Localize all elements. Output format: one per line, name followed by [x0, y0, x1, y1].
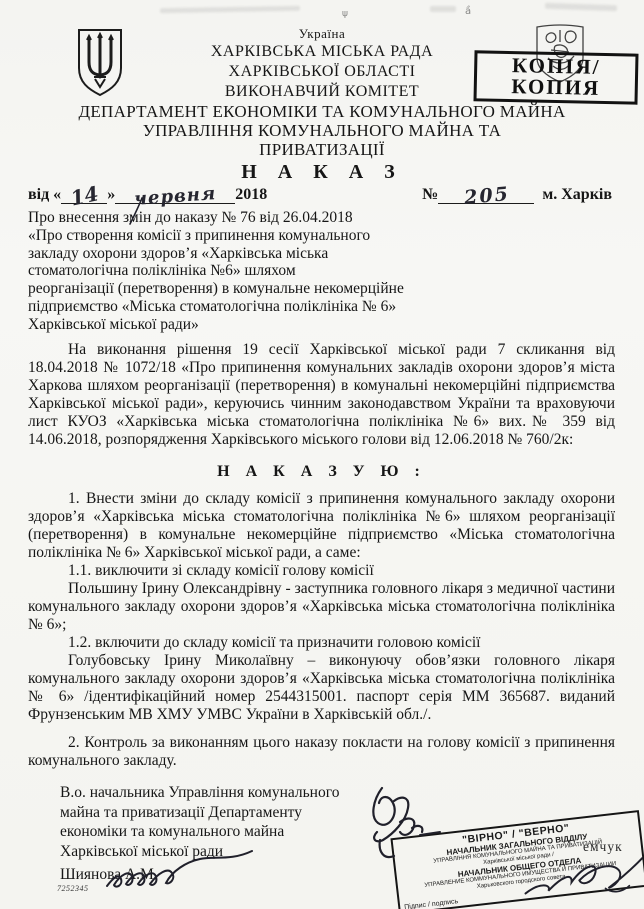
document-title: Н А К А З — [0, 161, 644, 184]
handwritten-number: 205 — [463, 187, 510, 205]
handwritten-day: 14 — [70, 186, 100, 205]
pen-stroke — [126, 196, 146, 231]
date-prefix: від « — [28, 186, 61, 204]
handwritten-month: червня — [134, 187, 217, 207]
item-2-paragraph: 2. Контроль за виконанням цього наказу п… — [28, 734, 615, 770]
copy-stamp: КОПІЯ/ КОПИЯ — [473, 50, 638, 104]
date-close-quote: » — [107, 186, 115, 204]
number-blank: 205 — [438, 187, 534, 204]
header-org-line: ПРИВАТИЗАЦІЇ — [0, 140, 644, 160]
scan-noise: ψ — [342, 9, 348, 19]
order-heading: Н А К А З У Ю : — [28, 463, 615, 481]
scan-noise — [545, 3, 617, 12]
item-1-1-paragraph: Польшину Ірину Олександрівну - заступник… — [28, 580, 615, 634]
document-body: На виконання рішення 19 сесії Харківсько… — [28, 341, 615, 770]
copy-stamp-line2: КОПИЯ — [477, 75, 635, 99]
scan-noise — [160, 6, 300, 13]
stamp-signature-label: Підпис / подпись — [404, 898, 459, 909]
number-label: № — [422, 186, 438, 204]
signer-code: 7252345 — [57, 884, 89, 893]
item-1-2-paragraph: Голубовську Ірину Миколаївну – виконуючу… — [28, 652, 615, 724]
signature-shiyanova — [105, 846, 255, 899]
item-1-paragraph: 1. Внести зміни до складу комісії з прип… — [28, 490, 615, 562]
date-day-blank: 14 — [61, 186, 107, 204]
preamble-paragraph: На виконання рішення 19 сесії Харківсько… — [28, 341, 615, 449]
scanned-order-document: ψ ầ Україна ХАРКІВСЬКА МІСЬКА РАДА ХАРКІ… — [0, 0, 644, 909]
header-org-line: ДЕПАРТАМЕНТ ЕКОНОМІКИ ТА КОМУНАЛЬНОГО МА… — [0, 102, 644, 122]
scan-noise: ầ — [465, 6, 471, 17]
signature-official — [358, 780, 463, 877]
date-number-row: від « 14 » червня 2018 № 205 м. Харків — [28, 186, 612, 204]
item-1-2-heading: 1.2. включити до складу комісії та призн… — [28, 634, 615, 652]
scan-noise — [430, 6, 456, 12]
item-1-1-heading: 1.1. виключити зі складу комісії голову … — [28, 562, 615, 580]
date-year: 2018 — [235, 186, 267, 204]
header-org-line: УПРАВЛІННЯ КОМУНАЛЬНОГО МАЙНА ТА — [0, 121, 644, 141]
city-label: м. Харків — [542, 186, 612, 204]
subject-block: Про внесення змін до наказу № 76 від 26.… — [28, 209, 473, 334]
